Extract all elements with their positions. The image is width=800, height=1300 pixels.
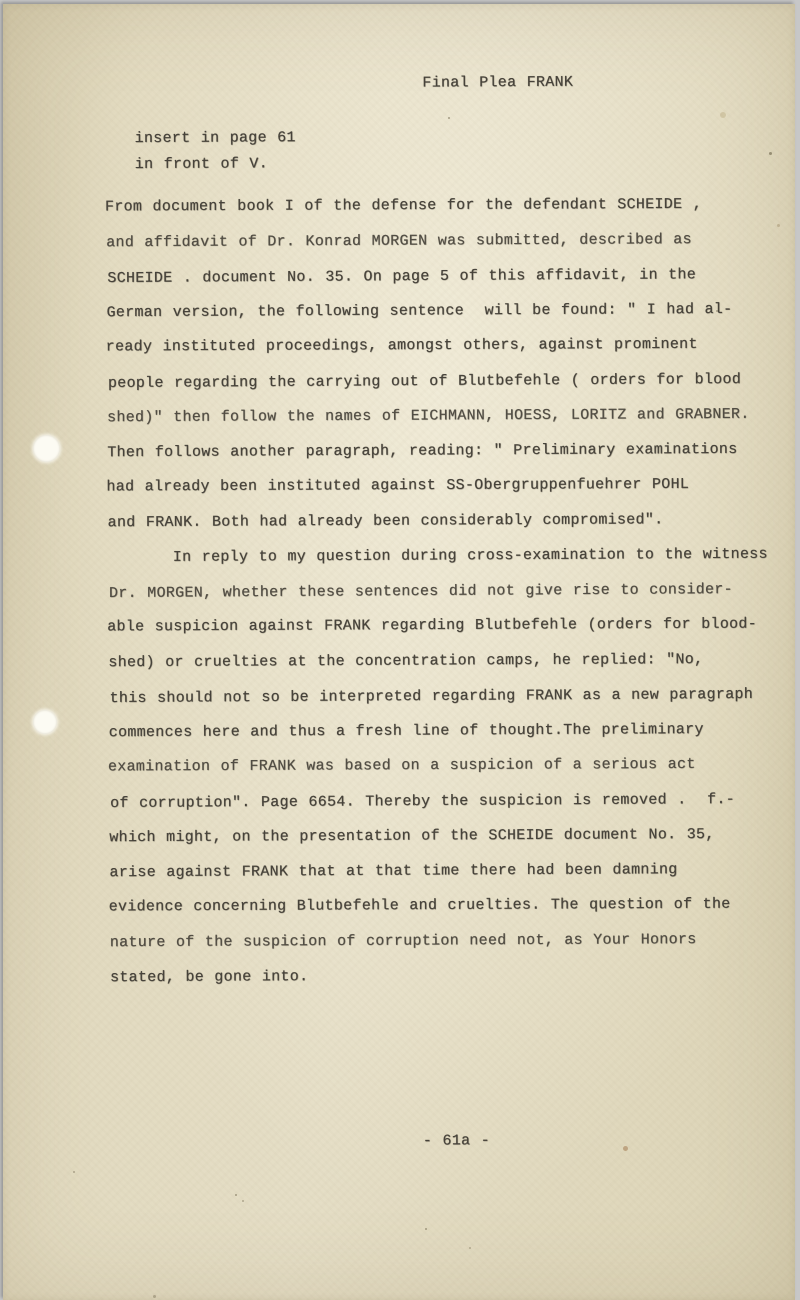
paper-speck <box>623 1146 628 1151</box>
paper-speck <box>153 1295 156 1298</box>
document-line: Dr. MORGEN, whether these sentences did … <box>6 572 798 612</box>
paper-speck <box>425 1228 427 1230</box>
document-line: In reply to my question during cross-exa… <box>5 537 797 576</box>
document-line: SCHEIDE . document No. 35. On page 5 of … <box>4 257 796 297</box>
document-line: nature of the suspicion of corruption ne… <box>7 922 799 961</box>
document-line: arise against FRANK that at that time th… <box>6 852 798 891</box>
document-line: had already been instituted against SS-O… <box>3 466 795 504</box>
paper-speck <box>242 1200 244 1202</box>
insert-note-line: in front of V. <box>135 151 296 178</box>
document-line: German version, the following sentence w… <box>3 292 795 331</box>
paper-speck <box>777 224 780 227</box>
document-line: and affidavit of Dr. Konrad MORGEN was s… <box>3 222 795 261</box>
insert-note-line: insert in page 61 <box>135 125 296 152</box>
document-line: evidence concerning Blutbefehle and crue… <box>6 886 798 924</box>
insert-note: insert in page 61in front of V. <box>135 125 296 178</box>
document-line: of corruption". Page 6654. Thereby the s… <box>7 782 799 822</box>
document-line: From document book I of the defense for … <box>2 186 794 224</box>
document-line: stated, be gone into. <box>7 957 799 996</box>
scanned-page: Final Plea FRANK insert in page 61in fro… <box>3 4 795 1300</box>
paper-speck <box>235 1194 237 1196</box>
document-line: Then follows another paragraph, reading:… <box>4 432 796 471</box>
typed-text-layer: Final Plea FRANK insert in page 61in fro… <box>2 1 800 1300</box>
document-line: shed) or cruelties at the concentration … <box>5 642 797 681</box>
paper-speck <box>769 152 772 155</box>
body-lines: From document book I of the defense for … <box>3 187 799 996</box>
document-line: people regarding the carrying out of Blu… <box>5 362 797 402</box>
paper-speck <box>448 117 450 119</box>
page-number: - 61a - <box>423 1132 490 1149</box>
document-line: commences here and thus a fresh line of … <box>6 712 798 751</box>
paper-speck <box>720 112 726 118</box>
document-line: shed)" then follow the names of EICHMANN… <box>4 397 796 436</box>
document-line: and FRANK. Both had already been conside… <box>5 502 797 541</box>
document-line: able suspicion against FRANK regarding B… <box>4 606 796 644</box>
document-line: this should not so be interpreted regard… <box>6 677 798 717</box>
paper-speck <box>716 310 718 312</box>
paper-speck <box>469 1247 471 1249</box>
paper-speck <box>73 1171 75 1173</box>
document-line: which might, on the presentation of the … <box>6 817 798 856</box>
document-line: examination of FRANK was based on a susp… <box>5 746 797 784</box>
document-header: Final Plea FRANK <box>422 74 573 92</box>
document-line: ready instituted proceedings, amongst ot… <box>3 326 795 364</box>
